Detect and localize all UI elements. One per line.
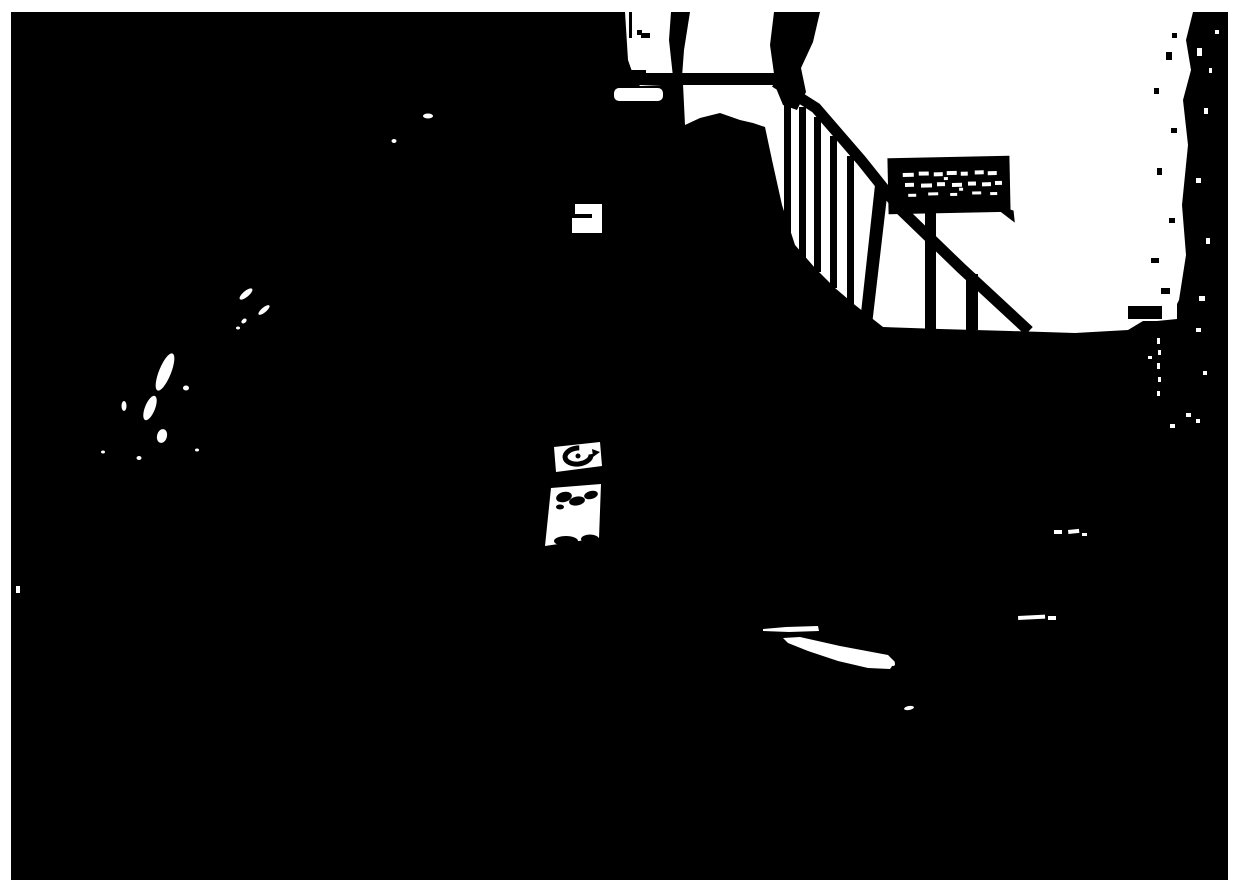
sky-sliver — [614, 88, 663, 101]
baluster — [799, 107, 806, 258]
binarized-photo — [0, 0, 1240, 890]
baluster — [814, 117, 821, 272]
baluster — [830, 136, 837, 288]
baluster — [966, 274, 978, 330]
fleck — [423, 114, 433, 119]
fleck — [392, 139, 397, 143]
h-shaped-marker — [572, 204, 602, 233]
thin-wire — [629, 12, 632, 38]
sky-corner-notch — [1128, 306, 1162, 319]
baluster — [784, 98, 791, 240]
baluster — [847, 156, 854, 305]
baluster — [925, 213, 936, 332]
fleck — [16, 586, 20, 593]
wall-sign-lower — [545, 484, 601, 546]
photo-canvas — [0, 0, 1240, 890]
